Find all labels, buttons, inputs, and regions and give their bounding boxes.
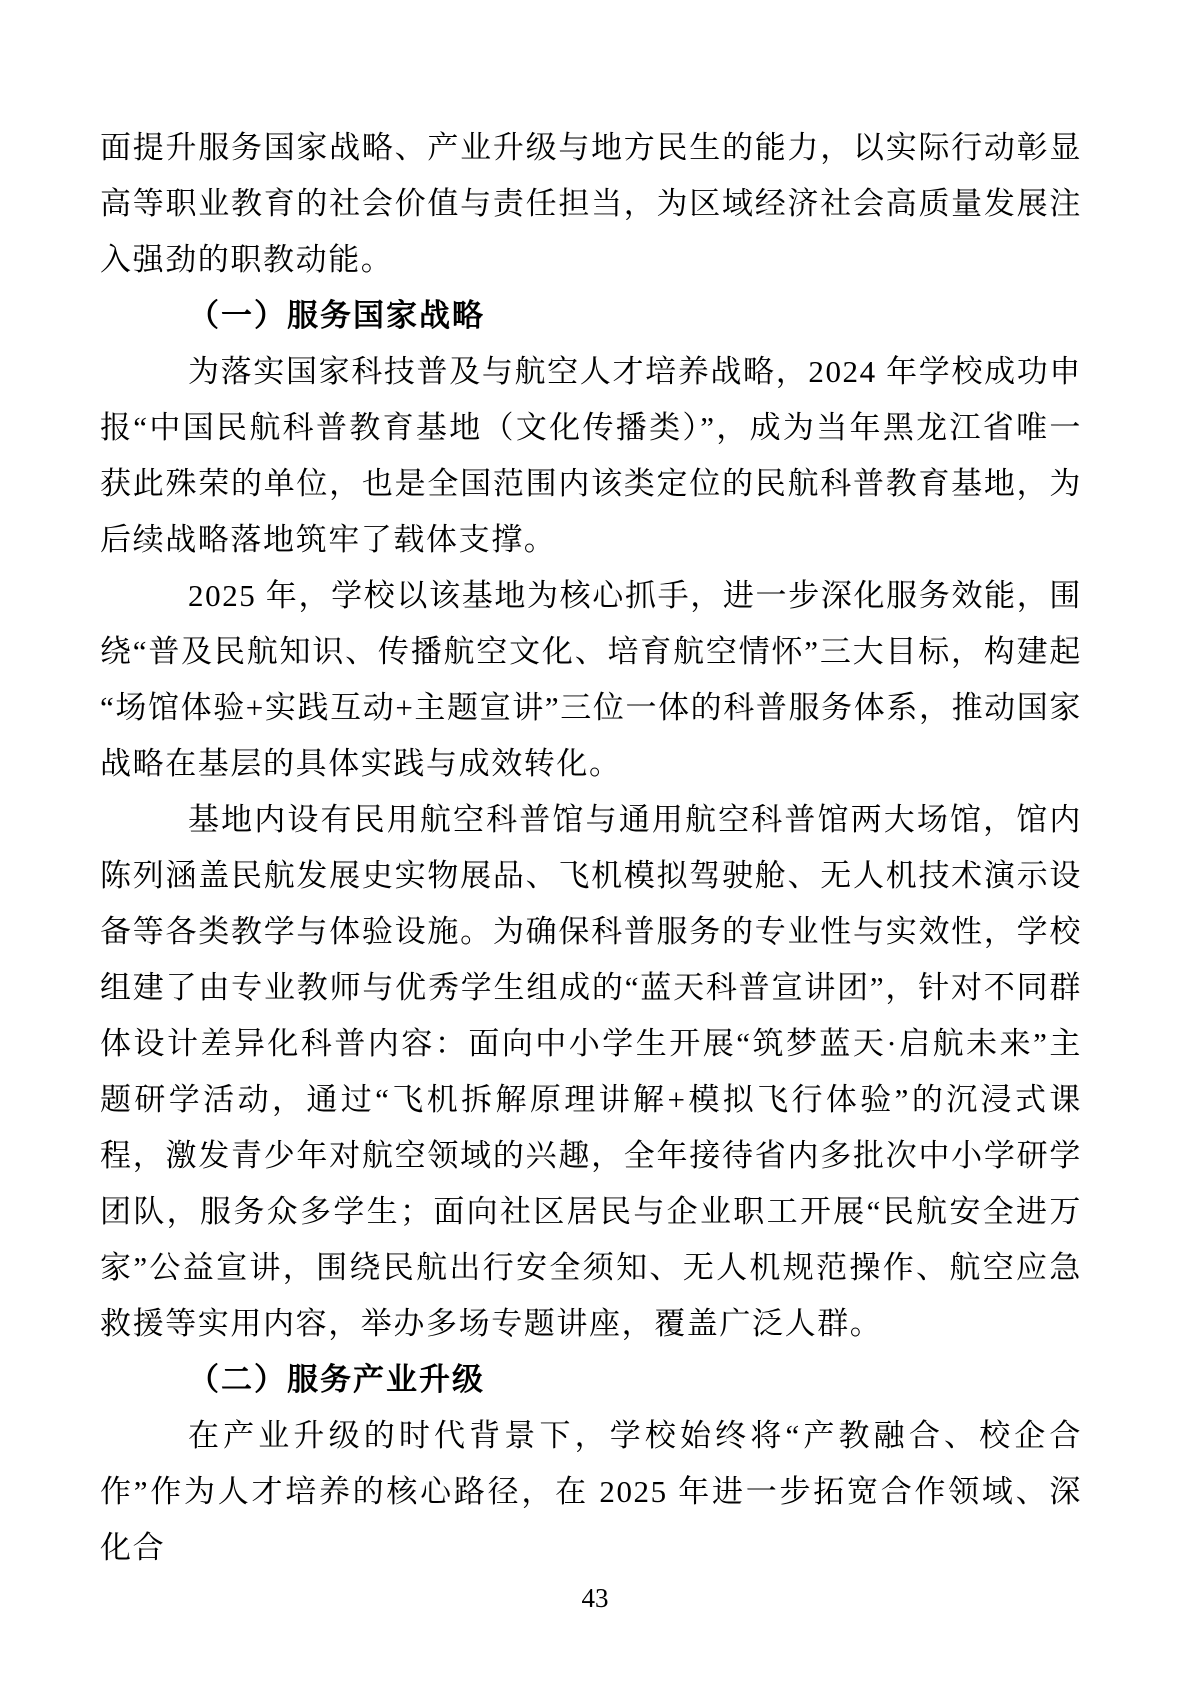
section-heading-1: （一）服务国家战略 <box>100 288 1082 344</box>
paragraph: 在产业升级的时代背景下，学校始终将“产教融合、校企合作”作为人才培养的核心路径，… <box>100 1408 1082 1576</box>
page-number: 43 <box>0 1578 1190 1618</box>
paragraph: 为落实国家科技普及与航空人才培养战略，2024 年学校成功申报“中国民航科普教育… <box>100 344 1082 568</box>
document-body: 面提升服务国家战略、产业升级与地方民生的能力，以实际行动彰显高等职业教育的社会价… <box>0 0 1190 1576</box>
paragraph-continuation: 面提升服务国家战略、产业升级与地方民生的能力，以实际行动彰显高等职业教育的社会价… <box>100 120 1082 288</box>
section-heading-2: （二）服务产业升级 <box>100 1352 1082 1408</box>
paragraph: 基地内设有民用航空科普馆与通用航空科普馆两大场馆，馆内陈列涵盖民航发展史实物展品… <box>100 792 1082 1352</box>
paragraph: 2025 年，学校以该基地为核心抓手，进一步深化服务效能，围绕“普及民航知识、传… <box>100 568 1082 792</box>
document-page: 面提升服务国家战略、产业升级与地方民生的能力，以实际行动彰显高等职业教育的社会价… <box>0 0 1190 1683</box>
